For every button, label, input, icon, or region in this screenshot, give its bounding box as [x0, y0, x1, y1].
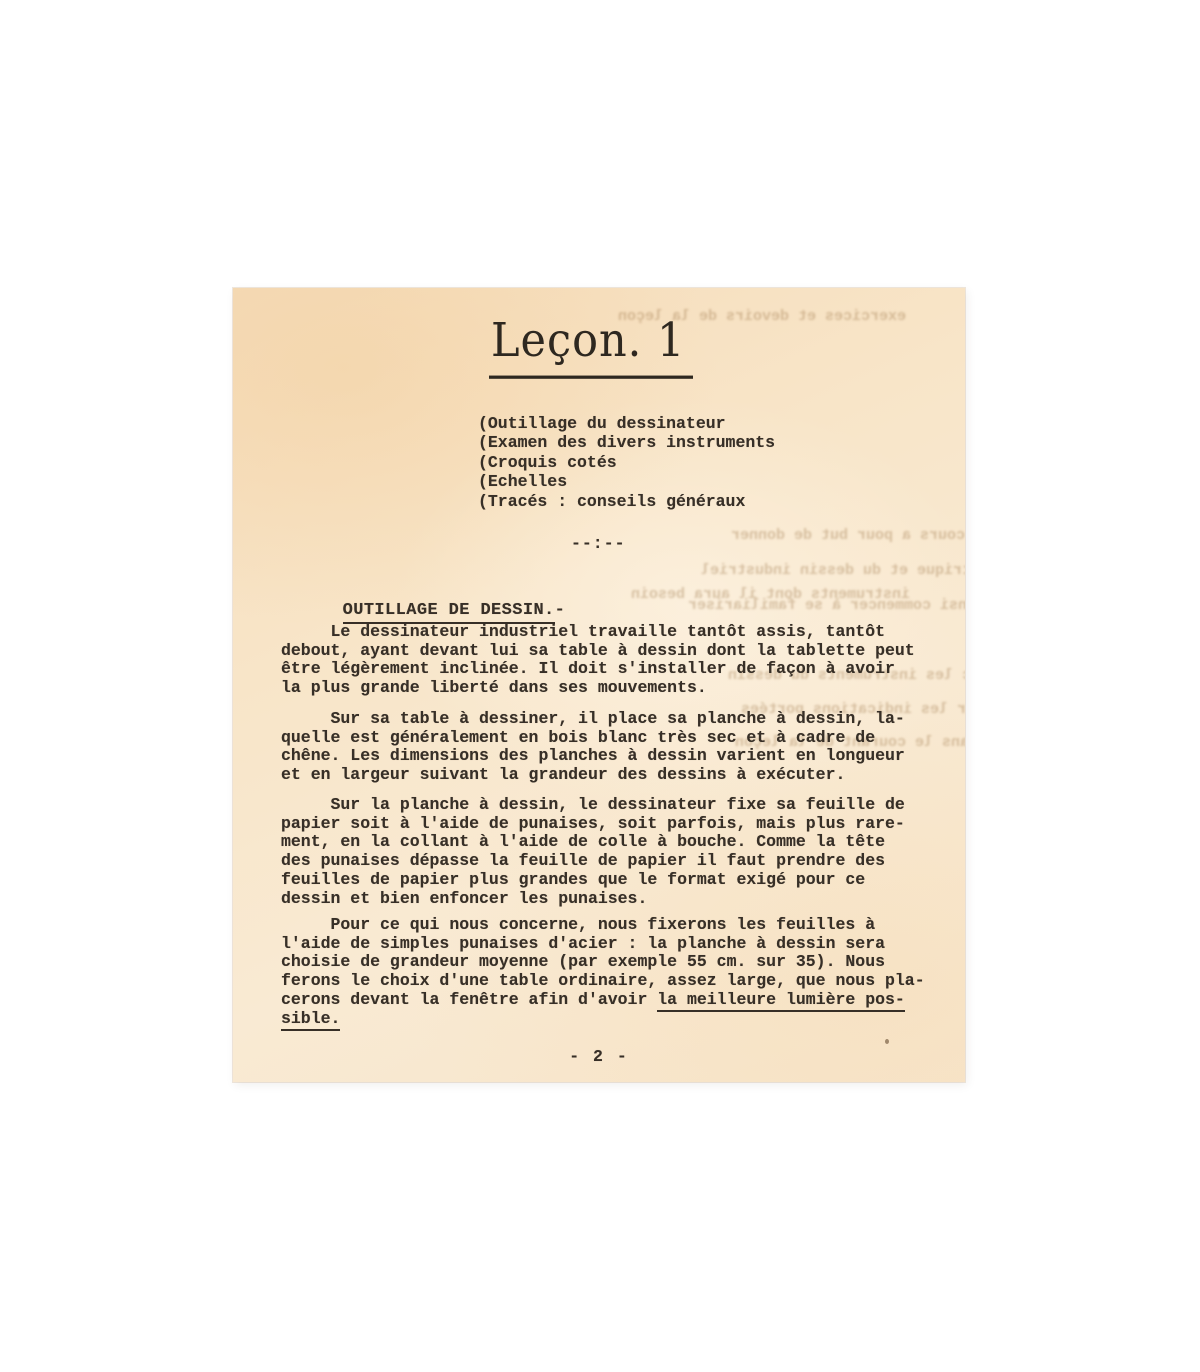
paragraph-line: et en largeur suivant la grandeur des de…: [281, 766, 905, 785]
paragraph-line: Sur la planche à dessin, le dessinateur …: [281, 796, 905, 815]
bleed-through-text: Ce cours a pour but de donner: [731, 527, 965, 544]
paragraph-line: quelle est généralement en bois blanc tr…: [281, 729, 905, 748]
paragraph-line: dessin et bien enfoncer les punaises.: [281, 890, 905, 909]
list-item: (Echelles: [478, 472, 775, 491]
paragraph: Sur la planche à dessin, le dessinateur …: [281, 796, 905, 908]
list-item: (Outillage du dessinateur: [478, 414, 775, 433]
paragraph-line: l'aide de simples punaises d'acier : la …: [281, 935, 925, 954]
paragraph-line: chêne. Les dimensions des planches à des…: [281, 747, 905, 766]
paragraph-line: sible.: [281, 1010, 925, 1029]
text-run: cerons devant la fenêtre afin d'avoir: [281, 990, 657, 1009]
page-title: Leçon. 1: [489, 314, 693, 379]
paragraph-line: choisie de grandeur moyenne (par exemple…: [281, 953, 925, 972]
list-item: (Examen des divers instruments: [478, 433, 775, 452]
page-number: - 2 -: [233, 1048, 965, 1067]
paragraph-line: Sur sa table à dessiner, il place sa pla…: [281, 710, 905, 729]
lesson-topics-list: (Outillage du dessinateur (Examen des di…: [478, 414, 775, 511]
section-separator: --:--: [571, 535, 626, 554]
paragraph-line: Pour ce qui nous concerne, nous fixerons…: [281, 916, 925, 935]
paragraph-line: cerons devant la fenêtre afin d'avoir la…: [281, 991, 925, 1010]
underlined-phrase: sible.: [281, 1009, 340, 1031]
list-item: (Croquis cotés: [478, 453, 775, 472]
underlined-phrase: la meilleure lumière pos-: [657, 990, 905, 1012]
paper-speck: [885, 1039, 889, 1044]
paragraph: Sur sa table à dessiner, il place sa pla…: [281, 710, 905, 785]
scan-background: exercices et devoirs de la leçon instrum…: [0, 0, 1200, 1372]
bleed-through-text: géométrique et du dessin industriel: [701, 562, 965, 579]
paragraph-line: debout, ayant devant lui sa table à dess…: [281, 642, 915, 661]
document-page: exercices et devoirs de la leçon instrum…: [233, 288, 965, 1082]
paragraph-line: ment, en la collant à l'aide de colle à …: [281, 833, 905, 852]
paragraph-line: feuilles de papier plus grandes que le f…: [281, 871, 905, 890]
paragraph: Le dessinateur industriel travaille tant…: [281, 623, 915, 698]
paragraph-line: papier soit à l'aide de punaises, soit p…: [281, 815, 905, 834]
bleed-through-text: pour ainsi commencer à se familiariser: [688, 597, 965, 614]
paragraph-line: des punaises dépasse la feuille de papie…: [281, 852, 905, 871]
paragraph-line: Le dessinateur industriel travaille tant…: [281, 623, 915, 642]
paragraph-line: être légèrement inclinée. Il doit s'inst…: [281, 660, 915, 679]
list-item: (Tracés : conseils généraux: [478, 492, 775, 511]
section-heading-suffix: -: [555, 601, 566, 620]
paragraph-line: ferons le choix d'une table ordinaire, a…: [281, 972, 925, 991]
lesson-title-block: Leçon. 1: [489, 314, 693, 374]
paragraph-line: la plus grande liberté dans ses mouvemen…: [281, 679, 915, 698]
paragraph: Pour ce qui nous concerne, nous fixerons…: [281, 916, 925, 1028]
section-heading-underlined: OUTILLAGE DE DESSIN.: [343, 601, 555, 624]
